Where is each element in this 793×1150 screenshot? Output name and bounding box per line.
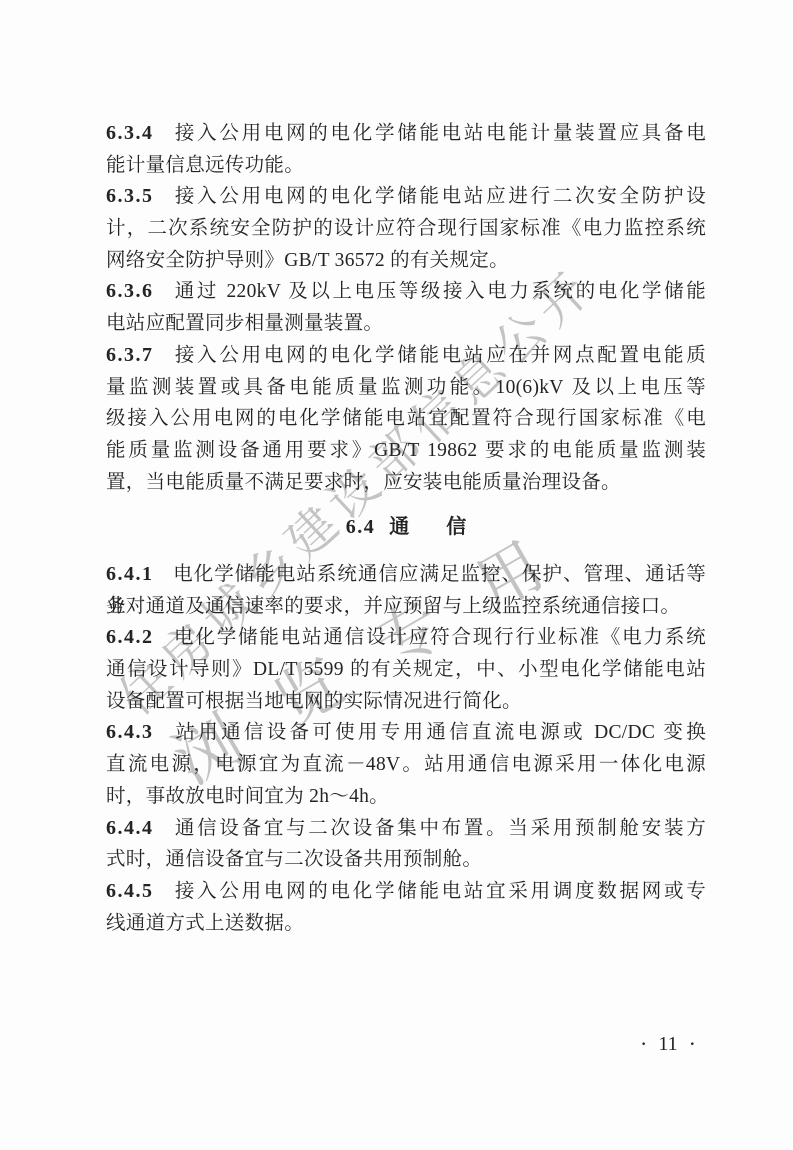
clause-line: 级接入公用电网的电化学储能电站宜配置符合现行国家标准《电 [106, 403, 706, 435]
clause-line: 时，事故放电时间宜为 2h～4h。 [106, 786, 389, 807]
clause-line: 6.4.5接入公用电网的电化学储能电站宜采用调度数据网或专 [106, 876, 706, 908]
clause-text: 通信设备宜与二次设备集中布置。当采用预制舱安装方 [173, 818, 707, 839]
clause-line: 能计量信息远传功能。 [106, 155, 304, 176]
clause-line: 6.4.4通信设备宜与二次设备集中布置。当采用预制舱安装方 [106, 813, 706, 845]
clause-line: 量监测装置或具备电能质量监测功能。10(6)kV 及以上电压等 [106, 372, 706, 404]
clause-line: 电站应配置同步相量测量装置。 [106, 313, 383, 334]
clause-text: 务对通道及通信速率的要求，并应预留与上级监控系统通信接口。 [106, 596, 680, 617]
clause-text: 接入公用电网的电化学储能电站应进行二次安全防护设 [173, 186, 707, 207]
clause-text: 站用通信设备可使用专用通信直流电源或 DC/DC 变换 [173, 722, 707, 743]
clause-text: 电化学储能电站通信设计应符合现行行业标准《电力系统 [173, 627, 707, 648]
clause-line: 计，二次系统安全防护的设计应符合现行国家标准《电力监控系统 [106, 213, 706, 245]
clause-text: 电站应配置同步相量测量装置。 [106, 313, 383, 334]
clause-number: 6.4.3 [106, 721, 154, 743]
clause-line: 置，当电能质量不满足要求时，应安装电能质量治理设备。 [106, 472, 621, 493]
clause-text: 通过 220kV 及以上电压等级接入电力系统的电化学储能 [173, 281, 707, 302]
clause-line: 能质量监测设备通用要求》GB/T 19862 要求的电能质量监测装 [106, 435, 706, 467]
clause-number: 6.3.6 [106, 280, 154, 302]
clause-text: 直流电源，电源宜为直流－48V。站用通信电源采用一体化电源 [106, 754, 706, 775]
clause-text: 式时，通信设备宜与二次设备共用预制舱。 [106, 849, 482, 870]
clause-line: 务对通道及通信速率的要求，并应预留与上级监控系统通信接口。 [106, 596, 680, 617]
clause-line: 6.3.6通过 220kV 及以上电压等级接入电力系统的电化学储能 [106, 276, 706, 308]
clause-text: 网络安全防护导则》GB/T 36572 的有关规定。 [106, 250, 509, 271]
clause-line: 6.4.2电化学储能电站通信设计应符合现行行业标准《电力系统 [106, 622, 706, 654]
clause-number: 6.3.5 [106, 185, 154, 207]
clause-line: 直流电源，电源宜为直流－48V。站用通信电源采用一体化电源 [106, 749, 706, 781]
clause-number: 6.4.2 [106, 626, 154, 648]
page-number-left-dot: · [641, 1036, 646, 1054]
section-title: 通信 [389, 516, 503, 538]
clause-number: 6.3.4 [106, 122, 154, 144]
clause-text: 设备配置可根据当地电网的实际情况进行简化。 [106, 691, 522, 712]
clause-text: 接入公用电网的电化学储能电站宜采用调度数据网或专 [173, 881, 707, 902]
clause-text: 置，当电能质量不满足要求时，应安装电能质量治理设备。 [106, 472, 621, 493]
clause-number: 6.4.4 [106, 817, 154, 839]
clause-text: 级接入公用电网的电化学储能电站宜配置符合现行国家标准《电 [106, 408, 706, 429]
page-number-right-dot: · [690, 1036, 695, 1054]
clause-line: 6.4.1电化学储能电站系统通信应满足监控、保护、管理、通话等业 [106, 559, 706, 591]
clause-text: 能计量信息远传功能。 [106, 155, 304, 176]
section-number: 6.4 [346, 516, 376, 538]
clause-line: 6.3.7接入公用电网的电化学储能电站应在并网点配置电能质 [106, 340, 706, 372]
clause-text: 能质量监测设备通用要求》GB/T 19862 要求的电能质量监测装 [106, 440, 706, 461]
clause-line: 式时，通信设备宜与二次设备共用预制舱。 [106, 849, 482, 870]
page-number-value: 11 [658, 1033, 677, 1056]
clause-text: 通信设计导则》DL/T 5599 的有关规定，中、小型电化学储能电站 [106, 659, 706, 680]
page-number: · 11 · [641, 1033, 695, 1056]
clause-line: 6.4.3站用通信设备可使用专用通信直流电源或 DC/DC 变换 [106, 717, 706, 749]
clause-line: 网络安全防护导则》GB/T 36572 的有关规定。 [106, 250, 509, 271]
text-flow: 6.3.4接入公用电网的电化学储能电站电能计量装置应具备电能计量信息远传功能。6… [106, 118, 706, 939]
clause-line: 线通道方式上送数据。 [106, 913, 304, 934]
section-heading: 6.4通信 [106, 512, 706, 544]
clause-number: 6.4.5 [106, 880, 154, 902]
clause-text: 计，二次系统安全防护的设计应符合现行国家标准《电力监控系统 [106, 218, 706, 239]
clause-text: 接入公用电网的电化学储能电站电能计量装置应具备电 [173, 123, 707, 144]
clause-line: 6.3.5接入公用电网的电化学储能电站应进行二次安全防护设 [106, 181, 706, 213]
clause-line: 设备配置可根据当地电网的实际情况进行简化。 [106, 691, 522, 712]
clause-line: 6.3.4接入公用电网的电化学储能电站电能计量装置应具备电 [106, 118, 706, 150]
document-page: 住房城乡建设部信息公开 浏览专用 6.3.4接入公用电网的电化学储能电站电能计量… [0, 0, 793, 1150]
clause-number: 6.4.1 [106, 563, 154, 585]
clause-number: 6.3.7 [106, 344, 154, 366]
clause-text: 量监测装置或具备电能质量监测功能。10(6)kV 及以上电压等 [106, 377, 706, 398]
clause-text: 接入公用电网的电化学储能电站应在并网点配置电能质 [173, 345, 707, 366]
clause-line: 通信设计导则》DL/T 5599 的有关规定，中、小型电化学储能电站 [106, 654, 706, 686]
clause-text: 线通道方式上送数据。 [106, 913, 304, 934]
clause-text: 时，事故放电时间宜为 2h～4h。 [106, 786, 389, 807]
